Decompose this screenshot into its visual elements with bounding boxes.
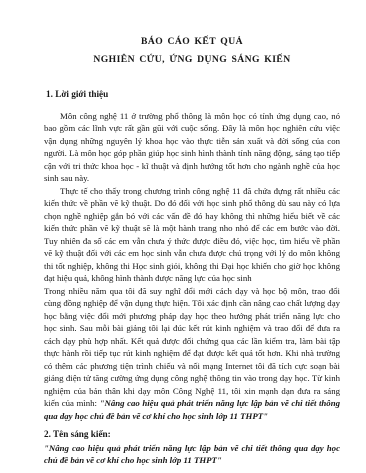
introduction-paragraph-1: Môn công nghệ 11 ở trường phổ thông là m… [44, 110, 340, 185]
introduction-heading: 1. Lời giới thiệu [46, 88, 340, 101]
section-introduction: 1. Lời giới thiệu Môn công nghệ 11 ở trư… [44, 88, 340, 422]
section-initiative-name: 2. Tên sáng kiến: "Nâng cao hiệu quả phá… [44, 428, 340, 467]
introduction-paragraph-3-text: Trong nhiều năm qua tôi đã suy nghĩ đổi … [44, 286, 340, 409]
initiative-name-quote: "Nâng cao hiệu quả phát triển năng lực l… [44, 442, 340, 467]
report-page: BÁO CÁO KẾT QUẢ NGHIÊN CỨU, ỨNG DỤNG SÁN… [0, 0, 366, 473]
report-title-line1: BÁO CÁO KẾT QUẢ [44, 36, 340, 48]
report-header: BÁO CÁO KẾT QUẢ NGHIÊN CỨU, ỨNG DỤNG SÁN… [44, 36, 340, 66]
introduction-paragraph-2: Thực tế cho thấy trong chương trình công… [44, 185, 340, 285]
report-title-line2: NGHIÊN CỨU, ỨNG DỤNG SÁNG KIẾN [44, 54, 340, 66]
initiative-name-heading: 2. Tên sáng kiến: [44, 428, 340, 441]
introduction-paragraph-3: Trong nhiều năm qua tôi đã suy nghĩ đổi … [44, 285, 340, 423]
